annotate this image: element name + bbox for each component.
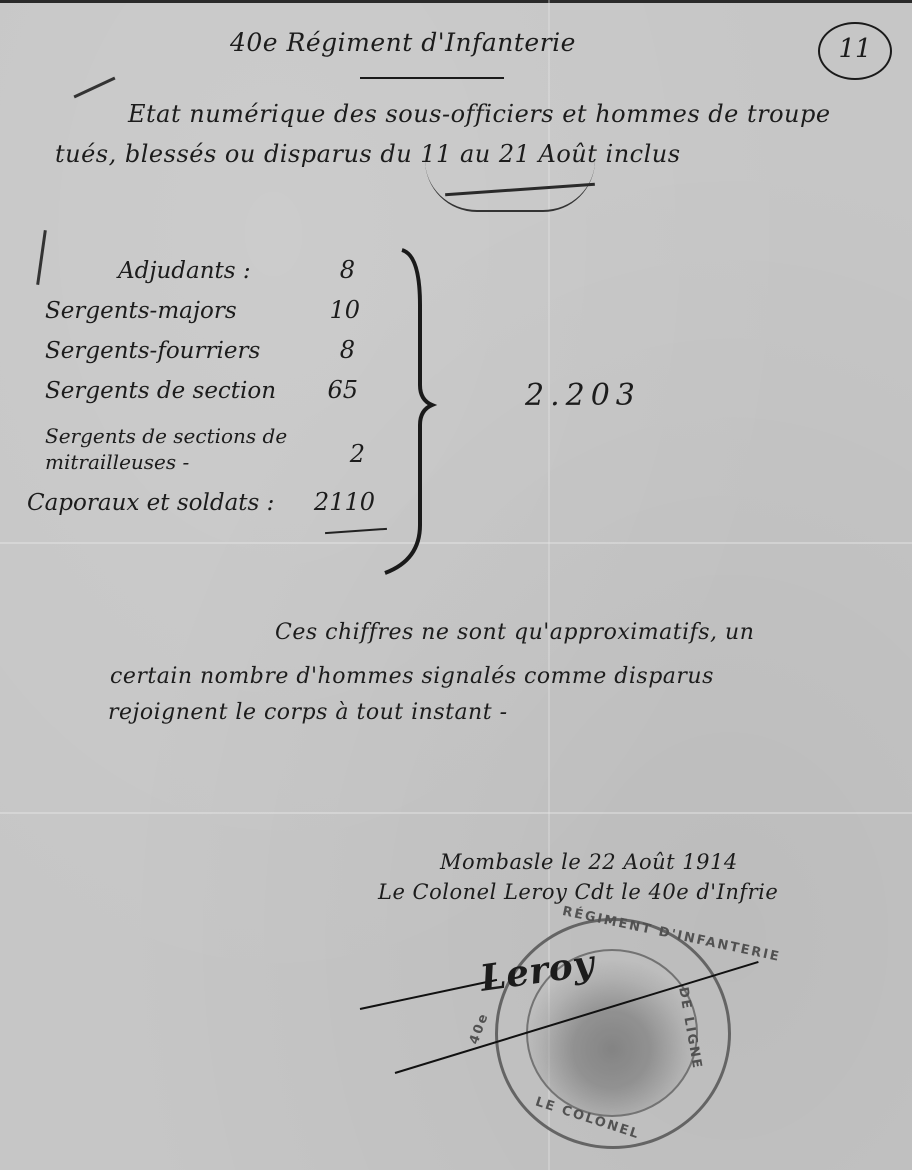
note-line-2: certain nombre d'hommes signalés comme d…: [110, 664, 714, 689]
signer-line: Le Colonel Leroy Cdt le 40e d'Infrie: [378, 880, 778, 904]
row-value-adjudants: 8: [295, 256, 355, 284]
scanned-document-page: 40e Régiment d'Infanterie 11 Etat numéri…: [0, 0, 912, 1170]
row-label-sergents-fourriers: Sergents-fourriers: [45, 338, 260, 364]
stamp-text-left: 40e: [467, 1010, 492, 1046]
row-label-sergents-mitrailleuses-line2: mitrailleuses -: [45, 450, 189, 474]
note-line-3: rejoignent le corps à tout instant -: [108, 700, 508, 725]
row-label-caporaux-soldats: Caporaux et soldats :: [27, 490, 274, 516]
margin-pen-mark: [36, 230, 47, 285]
folio-number-circle: 11: [818, 22, 892, 80]
row-label-sergents-de-section: Sergents de section: [45, 378, 276, 404]
row-value-sergents-mitrailleuses: 2: [305, 440, 365, 468]
row-value-sergents-majors: 10: [300, 296, 360, 324]
row-value-caporaux-soldats: 2110: [310, 488, 375, 516]
title-underline: [360, 77, 504, 79]
row-value-sergents-de-section: 65: [298, 376, 358, 404]
regiment-title: 40e Régiment d'Infanterie: [230, 28, 576, 57]
row-label-adjudants: Adjudants :: [118, 258, 251, 284]
note-line-1: Ces chiffres ne sont qu'approximatifs, u…: [275, 620, 754, 645]
row-label-sergents-mitrailleuses-line1: Sergents de sections de: [45, 424, 287, 448]
intro-line-1: Etat numérique des sous-officiers et hom…: [128, 100, 831, 128]
sum-underline: [325, 528, 387, 534]
folio-number: 11: [820, 34, 890, 64]
row-label-sergents-majors: Sergents-majors: [45, 298, 237, 324]
paper-fold-line: [0, 542, 912, 544]
torn-top-edge: [0, 0, 912, 3]
margin-pen-mark: [73, 77, 115, 99]
paper-fold-line: [0, 812, 912, 814]
place-and-date: Mombasle le 22 Août 1914: [440, 850, 738, 874]
curly-brace: [380, 245, 440, 575]
row-value-sergents-fourriers: 8: [295, 336, 355, 364]
signature-flourish: [360, 979, 497, 1010]
casualty-total: 2.203: [525, 378, 641, 413]
